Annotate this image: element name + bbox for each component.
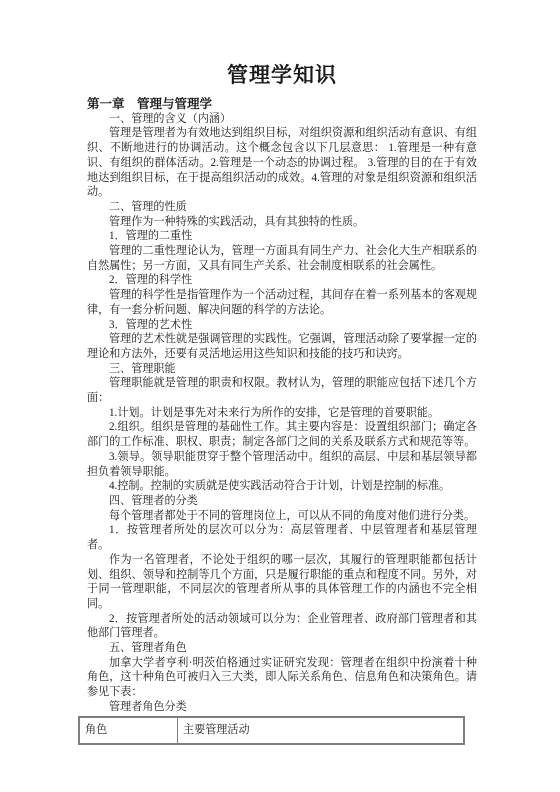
paragraph: 1．管理的二重性 [87,229,477,244]
table-header-cell-role: 角色 [79,717,178,744]
paragraph: 加拿大学者亨利·明茨伯格通过实证研究发现：管理者在组织中扮演着十种角色，这十种角… [87,656,477,700]
paragraph: 管理的科学性是指管理作为一个活动过程，其间存在着一系列基本的客观规律，有一套分析… [87,288,477,317]
paragraph: 三、管理职能 [87,362,477,377]
paragraph: 3．管理的艺术性 [87,318,477,333]
paragraph: 管理的二重性理论认为，管理一方面具有同生产力、社会化大生产相联系的自然属性；另一… [87,244,477,273]
paragraph: 二、管理的性质 [87,200,477,215]
paragraph: 1.计划。计划是事先对未来行为所作的安排，它是管理的首要职能。 [87,406,477,421]
paragraph: 每个管理者都处于不同的管理岗位上，可以从不同的角度对他们进行分类。 [87,509,477,524]
paragraph: 2．按管理者所处的活动领域可以分为：企业管理者、政府部门管理者和其他部门管理者。 [87,612,477,641]
paragraph: 2.组织。组织是管理的基础性工作。其主要内容是：设置组织部门；确定各部门的工作标… [87,420,477,449]
paragraph: 管理的艺术性就是强调管理的实践性。它强调，管理活动除了要掌握一定的理论和方法外，… [87,332,477,361]
document-title: 管理学知识 [87,63,477,88]
paragraph-list: 一、管理的含义（内涵）管理是管理者为有效地达到组织目标，对组织资源和组织活动有意… [87,112,477,715]
chapter-heading: 第一章 管理与管理学 [87,97,477,112]
paragraph: 2．管理的科学性 [87,273,477,288]
document-page: 管理学知识 第一章 管理与管理学 一、管理的含义（内涵）管理是管理者为有效地达到… [0,0,560,792]
paragraph: 3.领导。领导职能贯穿于整个管理活动中。组织的高层、中层和基层领导都担负着领导职… [87,450,477,479]
manager-roles-table: 角色 主要管理活动 [78,716,465,745]
paragraph: 管理是管理者为有效地达到组织目标，对组织资源和组织活动有意识、有组织、不断地进行… [87,126,477,200]
document-content: 管理学知识 第一章 管理与管理学 一、管理的含义（内涵）管理是管理者为有效地达到… [87,63,477,745]
paragraph: 4.控制。控制的实质就是使实践活动符合于计划，计划是控制的标准。 [87,479,477,494]
paragraph: 管理作为一种特殊的实践活动，具有其独特的性质。 [87,215,477,230]
paragraph: 1．按管理者所处的层次可以分为：高层管理者、中层管理者和基层管理者。 [87,523,477,552]
table-header-row: 角色 主要管理活动 [79,717,464,744]
paragraph: 管理者角色分类 [87,700,477,715]
paragraph: 管理职能就是管理的职责和权限。教材认为，管理的职能应包括下述几个方面： [87,376,477,405]
paragraph: 作为一名管理者，不论处于组织的哪一层次，其履行的管理职能都包括计划、组织、领导和… [87,553,477,612]
paragraph: 四、管理者的分类 [87,494,477,509]
paragraph: 一、管理的含义（内涵） [87,112,477,127]
table-header-cell-activity: 主要管理活动 [178,717,465,744]
paragraph: 五、管理者角色 [87,641,477,656]
